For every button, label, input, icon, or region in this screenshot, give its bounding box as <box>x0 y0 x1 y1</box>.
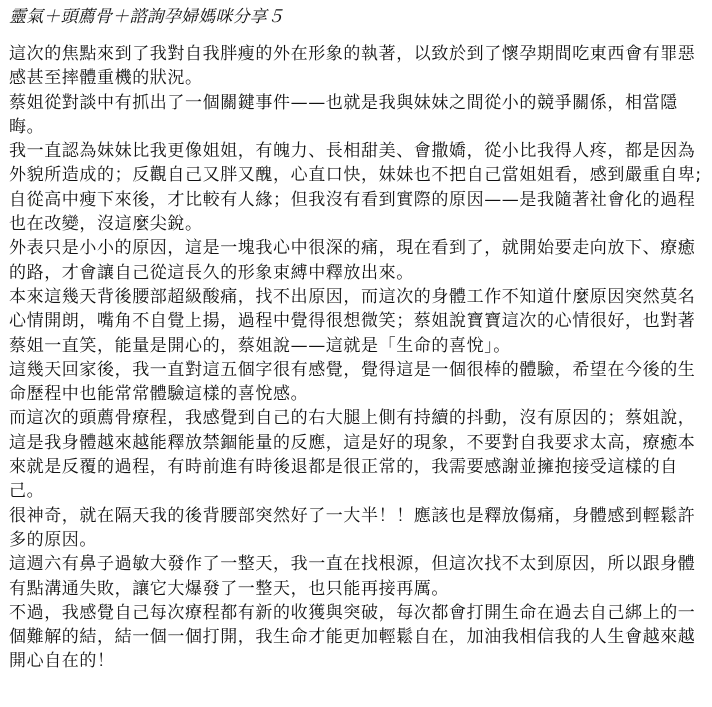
paragraph: 本來這幾天背後腰部超級酸痛，找不出原因，而這次的身體工作不知道什麼原因突然莫名心… <box>9 285 707 358</box>
document-page: 靈氣＋頭薦骨＋諮詢孕婦媽咪分享５ 這次的焦點來到了我對自我胖瘦的外在形象的執著，… <box>0 0 712 707</box>
paragraph: 我一直認為妹妹比我更像姐姐，有魄力、長相甜美、會撒嬌，從小比我得人疼，都是因為外… <box>9 139 707 236</box>
paragraph: 不過，我感覺自己每次療程都有新的收獲與突破，每次都會打開生命在過去自己綁上的一個… <box>9 601 707 674</box>
document-body: 這次的焦點來到了我對自我胖瘦的外在形象的執著，以致於到了懷孕期間吃東西會有罪惡感… <box>9 42 707 674</box>
paragraph: 外表只是小小的原因，這是一塊我心中很深的痛，現在看到了，就開始要走向放下、療癒的… <box>9 236 707 285</box>
paragraph: 這週六有鼻子過敏大發作了一整天，我一直在找根源，但這次找不太到原因，所以跟身體有… <box>9 552 707 601</box>
paragraph: 蔡姐從對談中有抓出了一個關鍵事件——也就是我與妹妹之間從小的競爭關係，相當隱晦。 <box>9 91 707 140</box>
document-title: 靈氣＋頭薦骨＋諮詢孕婦媽咪分享５ <box>9 4 704 30</box>
paragraph: 這幾天回家後，我一直對這五個字很有感覺，覺得這是一個很棒的體驗，希望在今後的生命… <box>9 358 707 407</box>
paragraph: 很神奇，就在隔天我的後背腰部突然好了一大半！！應該也是釋放傷痛，身體感到輕鬆許多… <box>9 504 707 553</box>
paragraph: 而這次的頭薦骨療程，我感覺到自己的右大腿上側有持續的抖動，沒有原因的；蔡姐說，這… <box>9 406 707 503</box>
paragraph: 這次的焦點來到了我對自我胖瘦的外在形象的執著，以致於到了懷孕期間吃東西會有罪惡感… <box>9 42 707 91</box>
